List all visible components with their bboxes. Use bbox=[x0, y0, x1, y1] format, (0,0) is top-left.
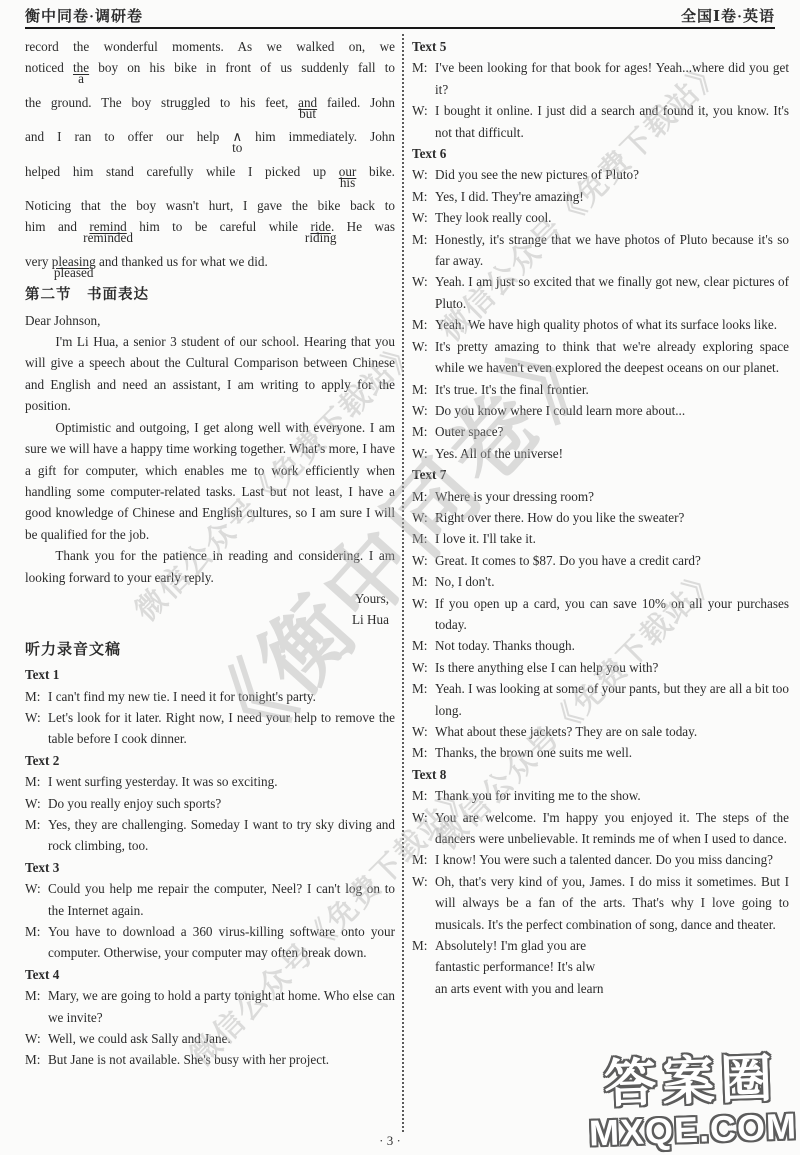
text-block-title: Text 5 bbox=[412, 36, 789, 57]
speaker-label: M: bbox=[25, 686, 48, 707]
dialogue-line: M:Yes, they are challenging. Someday I w… bbox=[25, 814, 395, 857]
speaker-label: M: bbox=[412, 785, 435, 806]
letter-paragraph-2: Optimistic and outgoing, I get along wel… bbox=[25, 417, 395, 545]
dialogue-line: W:It's pretty amazing to think that we'r… bbox=[412, 336, 789, 379]
dialogue-line: W:Great. It comes to $87. Do you have a … bbox=[412, 550, 789, 571]
dialogue-line: W:Yeah. I am just so excited that we fin… bbox=[412, 271, 789, 314]
speaker-label: W: bbox=[25, 707, 48, 728]
correction-text: reminded bbox=[83, 231, 133, 245]
header-left-title: 衡中同卷·调研卷 bbox=[25, 7, 143, 28]
dialogue-line: W:Well, we could ask Sally and Jane. bbox=[25, 1028, 395, 1049]
dialogue-line: M:Mary, we are going to hold a party ton… bbox=[25, 985, 395, 1028]
speaker-label: M: bbox=[412, 421, 435, 442]
dialogue-line: M:Thanks, the brown one suits me well. bbox=[412, 742, 789, 763]
corrected-word: ourhis bbox=[339, 161, 357, 182]
speaker-label: W: bbox=[412, 550, 435, 571]
speaker-label: M: bbox=[412, 635, 435, 656]
dialogue-line: M:No, I don't. bbox=[412, 571, 789, 592]
correction-line: helped him stand carefully while I picke… bbox=[25, 161, 395, 182]
speaker-label: W: bbox=[412, 400, 435, 421]
text-block-title: Text 1 bbox=[25, 664, 395, 685]
text-block-title: Text 2 bbox=[25, 750, 395, 771]
speaker-label: W: bbox=[412, 164, 435, 185]
speaker-label: W: bbox=[412, 336, 435, 357]
dialogue-line: M:I've been looking for that book for ag… bbox=[412, 57, 789, 100]
text-block-title: Text 4 bbox=[25, 964, 395, 985]
dialogue-line: M:I know! You were such a talented dance… bbox=[412, 849, 789, 870]
dialogue-line: W:Did you see the new pictures of Pluto? bbox=[412, 164, 789, 185]
right-column: Text 5M:I've been looking for that book … bbox=[412, 36, 789, 999]
text-block-title: Text 8 bbox=[412, 764, 789, 785]
dialogue-line: W:Oh, that's very kind of you, James. I … bbox=[412, 871, 789, 935]
speaker-label: W: bbox=[412, 271, 435, 292]
speaker-label: W: bbox=[412, 443, 435, 464]
letter-closing: Yours, bbox=[25, 588, 395, 609]
dialogue-line: M:Yeah. I was looking at some of your pa… bbox=[412, 678, 789, 721]
dialogue-line: M:I love it. I'll take it. bbox=[412, 528, 789, 549]
section2-heading: 第二节 书面表达 bbox=[25, 285, 395, 306]
correction-line: Noticing that the boy wasn't hurt, I gav… bbox=[25, 195, 395, 216]
dialogue-line: M:Absolutely! I'm glad you are bbox=[412, 935, 789, 956]
speaker-label: W: bbox=[412, 207, 435, 228]
dialogue-line: W:I bought it online. I just did a searc… bbox=[412, 100, 789, 143]
speaker-label: M: bbox=[412, 742, 435, 763]
speaker-label: W: bbox=[412, 507, 435, 528]
speaker-label: M: bbox=[412, 57, 435, 78]
corrected-word: pleasingpleased bbox=[52, 251, 96, 272]
speaker-label: M: bbox=[412, 229, 435, 250]
correction-line: record the wonderful moments. As we walk… bbox=[25, 36, 395, 57]
correction-line: and I ran to offer our help ∧to him imme… bbox=[25, 126, 395, 147]
dialogue-line: W:Do you really enjoy such sports? bbox=[25, 793, 395, 814]
corrected-word: ∧to bbox=[232, 126, 242, 147]
dialogue-line: M:But Jane is not available. She's busy … bbox=[25, 1049, 395, 1070]
speaker-label: M: bbox=[412, 186, 435, 207]
dialogue-line: W:They look really cool. bbox=[412, 207, 789, 228]
speaker-label: M: bbox=[25, 771, 48, 792]
speaker-label: W: bbox=[25, 793, 48, 814]
speaker-label: M: bbox=[412, 849, 435, 870]
page-header: 衡中同卷·调研卷 全国Ⅰ卷·英语 bbox=[25, 7, 775, 28]
text-block-title: Text 3 bbox=[25, 857, 395, 878]
speaker-label: M: bbox=[412, 314, 435, 335]
dialogue-line: M:It's true. It's the final frontier. bbox=[412, 379, 789, 400]
dialogue-line: M:Yes, I did. They're amazing! bbox=[412, 186, 789, 207]
dialogue-line: M:Not today. Thanks though. bbox=[412, 635, 789, 656]
correction-line: the ground. The boy struggled to his fee… bbox=[25, 92, 395, 113]
header-right-title: 全国Ⅰ卷·英语 bbox=[681, 7, 775, 28]
dialogue-line: M:Honestly, it's strange that we have ph… bbox=[412, 229, 789, 272]
dialogue-line: W:Let's look for it later. Right now, I … bbox=[25, 707, 395, 750]
dialogue-line: M:You have to download a 360 virus-killi… bbox=[25, 921, 395, 964]
letter-signature: Li Hua bbox=[25, 609, 395, 630]
dialogue-line: M:I can't find my new tie. I need it for… bbox=[25, 686, 395, 707]
correction-line: very pleasingpleased and thanked us for … bbox=[25, 251, 395, 272]
dialogue-line: W:Do you know where I could learn more a… bbox=[412, 400, 789, 421]
speaker-label: W: bbox=[25, 1028, 48, 1049]
speaker-label: M: bbox=[25, 1049, 48, 1070]
correction-text: riding bbox=[305, 231, 337, 245]
dialogue-line: W:Could you help me repair the computer,… bbox=[25, 878, 395, 921]
speaker-label: M: bbox=[412, 571, 435, 592]
corrected-word: rideriding bbox=[310, 216, 331, 237]
corrected-word: thea bbox=[73, 57, 89, 78]
speaker-label: W: bbox=[412, 593, 435, 614]
dialogue-line: M:Where is your dressing room? bbox=[412, 486, 789, 507]
correction-text: pleased bbox=[54, 266, 94, 280]
correction-text: a bbox=[78, 72, 84, 86]
page-number: · 3 · bbox=[0, 1130, 780, 1151]
letter-salutation: Dear Johnson, bbox=[25, 310, 395, 331]
speaker-label: M: bbox=[25, 921, 48, 942]
header-rule bbox=[25, 27, 775, 29]
speaker-label: W: bbox=[412, 721, 435, 742]
speaker-label: M: bbox=[412, 528, 435, 549]
listening-script-heading: 听力录音文稿 bbox=[25, 639, 395, 660]
speaker-label: W: bbox=[412, 871, 435, 892]
dialogue-line: M:Yeah. We have high quality photos of w… bbox=[412, 314, 789, 335]
correction-line: him and remindreminded him to be careful… bbox=[25, 216, 395, 237]
dialogue-line: M:Outer space? bbox=[412, 421, 789, 442]
speaker-label: M: bbox=[25, 985, 48, 1006]
answer-logo-badge: 答案圈 bbox=[584, 1051, 798, 1113]
speaker-label: W: bbox=[412, 657, 435, 678]
corrected-word: remindreminded bbox=[89, 216, 126, 237]
corrected-word: andbut bbox=[298, 92, 317, 113]
dialogue-line: M:I went surfing yesterday. It was so ex… bbox=[25, 771, 395, 792]
dialogue-line: fantastic performance! It's alw bbox=[412, 956, 789, 977]
letter-paragraph-1: I'm Li Hua, a senior 3 student of our sc… bbox=[25, 331, 395, 417]
listening-texts-right: Text 5M:I've been looking for that book … bbox=[412, 36, 789, 999]
speaker-label: M: bbox=[412, 486, 435, 507]
speaker-label: M: bbox=[25, 814, 48, 835]
dialogue-line: an arts event with you and learn bbox=[412, 978, 789, 999]
dialogue-line: W:You are welcome. I'm happy you enjoyed… bbox=[412, 807, 789, 850]
dialogue-line: M:Thank you for inviting me to the show. bbox=[412, 785, 789, 806]
correction-text: his bbox=[340, 176, 355, 190]
dialogue-line: W:What about these jackets? They are on … bbox=[412, 721, 789, 742]
column-divider bbox=[402, 34, 404, 1132]
correction-line: noticed thea boy on his bike in front of… bbox=[25, 57, 395, 78]
text-block-title: Text 6 bbox=[412, 143, 789, 164]
dialogue-line: W:If you open up a card, you can save 10… bbox=[412, 593, 789, 636]
text-block-title: Text 7 bbox=[412, 464, 789, 485]
listening-texts-left: Text 1M:I can't find my new tie. I need … bbox=[25, 664, 395, 1071]
letter-paragraph-3: Thank you for the patience in reading an… bbox=[25, 545, 395, 588]
dialogue-line: W:Is there anything else I can help you … bbox=[412, 657, 789, 678]
correction-text: but bbox=[299, 107, 316, 121]
speaker-label: M: bbox=[412, 935, 435, 956]
dialogue-line: W:Right over there. How do you like the … bbox=[412, 507, 789, 528]
speaker-label: M: bbox=[412, 678, 435, 699]
dialogue-line: W:Yes. All of the universe! bbox=[412, 443, 789, 464]
correction-passage: record the wonderful moments. As we walk… bbox=[25, 36, 395, 272]
speaker-label: W: bbox=[25, 878, 48, 899]
speaker-label: W: bbox=[412, 100, 435, 121]
correction-text: to bbox=[232, 141, 242, 155]
speaker-label: M: bbox=[412, 379, 435, 400]
speaker-label: W: bbox=[412, 807, 435, 828]
left-column: record the wonderful moments. As we walk… bbox=[25, 36, 395, 1071]
